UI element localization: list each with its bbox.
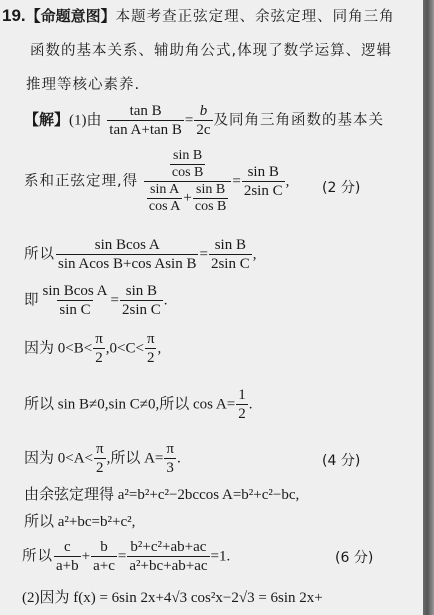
solution-line-4: 即 sin Bcos A sin C = sin B 2sin C . <box>24 282 168 319</box>
solution-line-7: 因为 0<A< π 2 ,所以 A= π 3 . <box>24 440 181 477</box>
line4-prefix: 即 <box>24 293 40 309</box>
line6-text: 所以 sin B≠0,sin C≠0,所以 cos A= <box>24 397 235 413</box>
frac-den: 2sin C <box>120 300 163 319</box>
frac-num: tan B <box>128 102 164 120</box>
frac-num: sin B <box>171 148 204 164</box>
frac-den: sin C <box>57 300 92 319</box>
solution-line-3: 所以 sin Bcos A sin Acos B+cos Asin B = si… <box>24 236 256 273</box>
solution-line-2: 系和正弦定理,得 sin B cos B sin A cos A + sin B… <box>24 148 289 215</box>
fraction-pi-2c: π 2 <box>94 440 106 477</box>
part1-prefix: (1)由 <box>69 113 102 129</box>
fraction-tanB: tan B tan A+tan B <box>107 102 184 139</box>
intent-text-3: 推理等核心素养. <box>26 75 140 95</box>
equals: = <box>199 247 207 263</box>
frac-num: sin B <box>213 236 248 254</box>
line3-prefix: 所以 <box>24 247 55 263</box>
frac-num: c <box>62 538 73 556</box>
frac-den: 3 <box>164 458 176 477</box>
solution-line-9: 所以 a²+bc=b²+c², <box>24 512 135 532</box>
frac-num: sin B <box>194 182 227 198</box>
solution-line-8: 由余弦定理得 a²=b²+c²−2bccos A=b²+c²−bc, <box>24 485 299 505</box>
comma: , <box>158 341 162 357</box>
solution-line-6: 所以 sin B≠0,sin C≠0,所以 cos A= 1 2 . <box>24 386 252 423</box>
line7-mid: ,所以 A= <box>107 451 164 467</box>
frac-num: b²+c²+ab+ac <box>128 538 208 556</box>
frac-den: 2c <box>194 120 212 139</box>
line1-suffix: 及同角三角函数的基本关 <box>214 113 385 129</box>
inner-fraction: sin B cos B <box>170 148 206 181</box>
frac-den: 2sin C <box>209 254 252 273</box>
frac-den: 2 <box>236 404 248 423</box>
frac-den: cos B <box>193 198 229 215</box>
equals: = <box>111 293 119 309</box>
solution-line-5: 因为 0<B< π 2 ,0<C< π 2 , <box>24 330 161 367</box>
intent-label: 【命题意图】 <box>26 7 116 25</box>
frac-den: 2sin C <box>242 181 285 200</box>
plus: + <box>82 549 90 565</box>
frac-num: sin A <box>148 182 181 198</box>
inner-fraction-b: sin B cos B <box>193 182 229 215</box>
period: . <box>177 451 181 467</box>
frac-den: a+c <box>91 556 117 575</box>
fraction-pi-2: π 2 <box>93 330 105 367</box>
score-4: (4 分) <box>322 450 360 470</box>
frac-num: π <box>93 330 105 348</box>
frac-den: cos B <box>170 164 206 181</box>
fraction-line3-rhs: sin B 2sin C <box>209 236 252 273</box>
score-2: (2 分) <box>322 177 360 197</box>
equals: = <box>232 174 240 190</box>
fraction-pi-3: π 3 <box>164 440 176 477</box>
frac-den: 2 <box>93 348 105 367</box>
frac-num: sin Bcos A <box>93 236 162 254</box>
frac-num: π <box>94 440 106 458</box>
intent-text-1: 本题考查正弦定理、余弦定理、同角三角 <box>116 9 395 25</box>
frac-num: π <box>145 330 157 348</box>
document-page: 19.【命题意图】本题考查正弦定理、余弦定理、同角三角 函数的基本关系、辅助角公… <box>0 0 423 615</box>
comma: , <box>253 247 257 263</box>
line5-mid: ,0<C< <box>106 341 144 357</box>
frac-num: 1 <box>236 386 248 404</box>
frac-den: a²+bc+ab+ac <box>127 556 209 575</box>
comma: , <box>286 174 290 190</box>
fraction-big: b²+c²+ab+ac a²+bc+ab+ac <box>127 538 209 575</box>
frac-den: tan A+tan B <box>107 120 184 139</box>
frac-den: cos A <box>147 198 183 215</box>
solution-line-10: 所以 c a+b + b a+c = b²+c²+ab+ac a²+bc+ab+… <box>22 538 230 575</box>
fraction-line3: sin Bcos A sin Acos B+cos Asin B <box>56 236 198 273</box>
line7-prefix: 因为 0<A< <box>24 451 93 467</box>
fraction-b-ac: b a+c <box>91 538 117 575</box>
frac-den: a+b <box>54 556 81 575</box>
book-spine-shadow <box>423 0 434 615</box>
nested-fraction: sin B cos B sin A cos A + sin B cos B <box>144 148 231 215</box>
fraction-pi-2b: π 2 <box>145 330 157 367</box>
line2-prefix: 系和正弦定理,得 <box>24 174 138 190</box>
score-6: (6 分) <box>335 547 373 567</box>
nested-numerator: sin B cos B <box>167 148 209 181</box>
period: . <box>164 293 168 309</box>
fraction-line4-rhs: sin B 2sin C <box>120 282 163 319</box>
equals: = <box>185 113 193 129</box>
solution-line-11: (2)因为 f(x) = 6sin 2x+4√3 cos²x−2√3 = 6si… <box>22 588 323 608</box>
nested-denominator: sin A cos A + sin B cos B <box>144 181 231 215</box>
fraction-b-2c: b 2c <box>194 102 212 139</box>
frac-num: b <box>98 538 110 556</box>
inner-fraction-a: sin A cos A <box>147 182 183 215</box>
frac-num: π <box>164 440 176 458</box>
frac-num: sin Bcos A <box>41 282 110 300</box>
plus: + <box>183 190 191 206</box>
solution-label: 【解】 <box>24 111 69 129</box>
line10-prefix: 所以 <box>22 549 53 565</box>
intent-text-2: 函数的基本关系、辅助角公式,体现了数学运算、逻辑 <box>30 41 392 61</box>
solution-line-1: 【解】(1)由 tan B tan A+tan B = b 2c 及同角三角函数… <box>24 102 384 139</box>
fraction-1-2: 1 2 <box>236 386 248 423</box>
frac-den: 2 <box>94 458 106 477</box>
line5-prefix: 因为 0<B< <box>24 341 92 357</box>
fraction-sinB-2sinC: sin B 2sin C <box>242 163 285 200</box>
frac-num: sin B <box>246 163 281 181</box>
fraction-line4: sin Bcos A sin C <box>41 282 110 319</box>
problem-header: 19.【命题意图】本题考查正弦定理、余弦定理、同角三角 <box>2 6 395 27</box>
frac-den: 2 <box>145 348 157 367</box>
equals-one: =1. <box>211 549 231 565</box>
frac-num: sin B <box>124 282 159 300</box>
fraction-c-ab: c a+b <box>54 538 81 575</box>
frac-num: b <box>198 102 210 120</box>
problem-number: 19. <box>2 6 26 25</box>
frac-den: sin Acos B+cos Asin B <box>56 254 198 273</box>
period: . <box>249 397 253 413</box>
equals: = <box>118 549 126 565</box>
